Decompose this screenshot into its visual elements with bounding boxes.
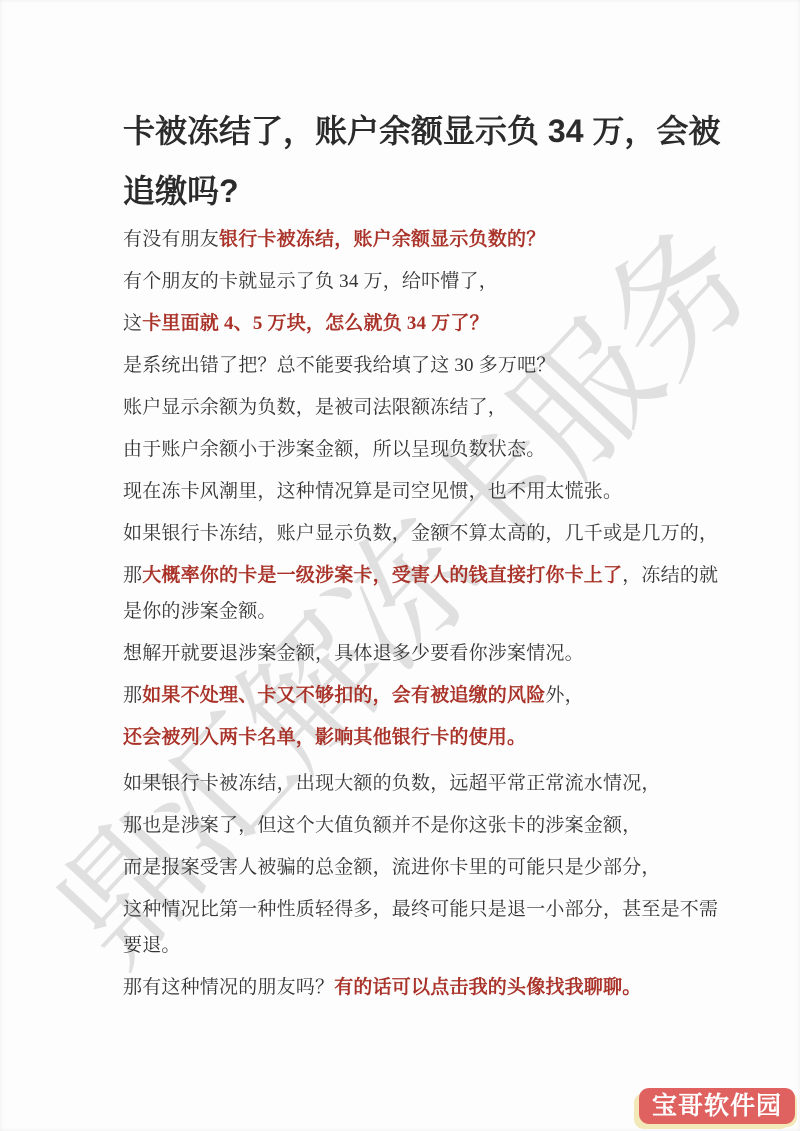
paragraph: 是系统出错了把？总不能要我给填了这 30 多万吧？: [123, 348, 723, 384]
text-segment: 这种情况比第一种性质轻得多，最终可能只是退一小部分，甚至是不需要退。: [123, 899, 718, 956]
paragraph: 而是报案受害人被骗的总金额，流进你卡里的可能只是少部分，: [123, 850, 723, 886]
paragraph: 如果银行卡冻结，账户显示负数，金额不算太高的，几千或是几万的，: [123, 516, 723, 552]
text-segment: 外，: [545, 685, 583, 706]
paragraph: 那大概率你的卡是一级涉案卡，受害人的钱直接打你卡上了，冻结的就是你的涉案金额。: [123, 558, 723, 630]
text-segment: 如果银行卡被冻结，出现大额的负数，远超平常正常流水情况，: [123, 773, 661, 794]
paragraph: 这卡里面就 4、5 万块，怎么就负 34 万了？: [123, 306, 723, 342]
paragraph: 由于账户余额小于涉案金额，所以呈现负数状态。: [123, 432, 723, 468]
text-segment: 有的话可以点击我的头像找我聊聊。: [334, 977, 641, 998]
text-segment: 如果银行卡冻结，账户显示负数，金额不算太高的，几千或是几万的，: [123, 523, 718, 544]
paragraph: 如果银行卡被冻结，出现大额的负数，远超平常正常流水情况，: [123, 766, 723, 802]
text-segment: 那: [123, 565, 142, 586]
text-segment: 那: [123, 685, 142, 706]
text-segment: 还会被列入两卡名单，影响其他银行卡的使用。: [123, 727, 526, 748]
page-title-line-2: 追缴吗?: [123, 161, 733, 221]
text-segment: 大概率你的卡是一级涉案卡，受害人的钱直接打你卡上了: [142, 565, 622, 586]
paragraph: 还会被列入两卡名单，影响其他银行卡的使用。: [123, 720, 723, 756]
text-segment: 那有这种情况的朋友吗？: [123, 977, 334, 998]
text-segment: 有没有朋友: [123, 229, 219, 250]
text-segment: 是系统出错了把？总不能要我给填了这 30 多万吧？: [123, 355, 556, 376]
article-body: 有没有朋友银行卡被冻结，账户余额显示负数的？有个朋友的卡就显示了负 34 万，给…: [123, 222, 723, 1012]
text-segment: 现在冻卡风潮里，这种情况算是司空见惯，也不用太慌张。: [123, 481, 622, 502]
text-segment: 卡里面就 4、5 万块，怎么就负 34 万了？: [142, 313, 489, 334]
paragraph: 想解开就要退涉案金额，具体退多少要看你涉案情况。: [123, 636, 723, 672]
paragraph: 那如果不处理、卡又不够扣的，会有被追缴的风险外，: [123, 678, 723, 714]
text-segment: 想解开就要退涉案金额，具体退多少要看你涉案情况。: [123, 643, 584, 664]
paragraph: 现在冻卡风潮里，这种情况算是司空见惯，也不用太慌张。: [123, 474, 723, 510]
page-title-line-1: 卡被冻结了，账户余额显示负 34 万，会被: [123, 101, 733, 161]
text-segment: 由于账户余额小于涉案金额，所以呈现负数状态。: [123, 439, 545, 460]
article-page: 鼎汇解冻卡服务 卡被冻结了，账户余额显示负 34 万，会被 追缴吗? 有没有朋友…: [0, 0, 800, 1131]
text-segment: 那也是涉案了，但这个大值负额并不是你这张卡的涉案金额，: [123, 815, 641, 836]
text-segment: 账户显示余额为负数，是被司法限额冻结了，: [123, 397, 507, 418]
text-segment: 这: [123, 313, 142, 334]
paragraph: 那有这种情况的朋友吗？有的话可以点击我的头像找我聊聊。: [123, 970, 723, 1006]
paragraph: 有个朋友的卡就显示了负 34 万，给吓懵了，: [123, 264, 723, 300]
paragraph: 账户显示余额为负数，是被司法限额冻结了，: [123, 390, 723, 426]
page-title: 卡被冻结了，账户余额显示负 34 万，会被 追缴吗?: [123, 101, 733, 221]
text-segment: 而是报案受害人被骗的总金额，流进你卡里的可能只是少部分，: [123, 857, 661, 878]
paragraph: 这种情况比第一种性质轻得多，最终可能只是退一小部分，甚至是不需要退。: [123, 892, 723, 964]
text-segment: 如果不处理、卡又不够扣的，会有被追缴的风险: [142, 685, 545, 706]
text-segment: 有个朋友的卡就显示了负 34 万，给吓懵了，: [123, 271, 498, 292]
paragraph: 那也是涉案了，但这个大值负额并不是你这张卡的涉案金额，: [123, 808, 723, 844]
paragraph: 有没有朋友银行卡被冻结，账户余额显示负数的？: [123, 222, 723, 258]
site-logo-badge: 宝哥软件园: [639, 1088, 795, 1124]
text-segment: 银行卡被冻结，账户余额显示负数的？: [219, 229, 545, 250]
